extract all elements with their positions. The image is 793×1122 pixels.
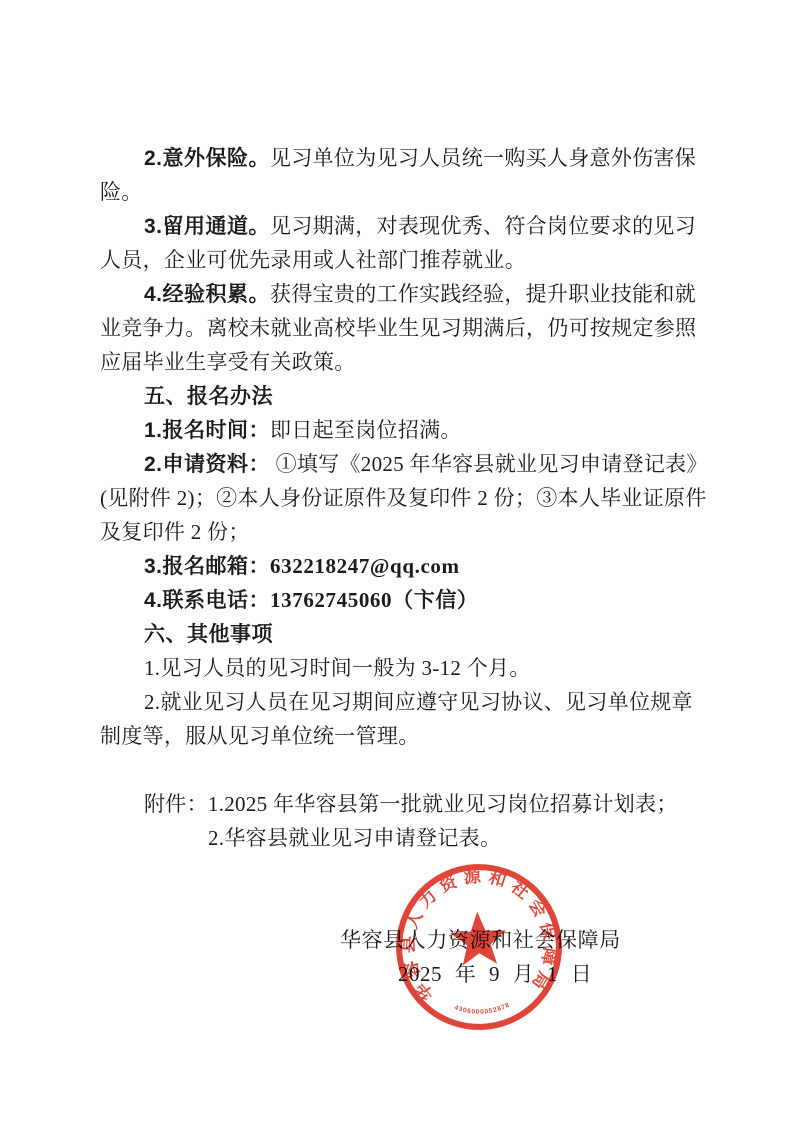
line-label: 3.报名邮箱： (144, 555, 270, 578)
line-label: 4.联系电话： (144, 589, 270, 612)
attachment-line: 附件：1.2025 年华容县第一批就业见习岗位招募计划表； (100, 787, 694, 821)
doc-line: 及复印件 2 份； (100, 515, 694, 549)
email-value: 632218247@qq.com (270, 554, 460, 578)
line-label: 1.报名时间： (144, 419, 270, 442)
line-text: 险。 (100, 180, 143, 204)
doc-line: 3.留用通道。见习期满，对表现优秀、符合岗位要求的见习 (100, 209, 694, 243)
heading-text: 五、报名办法 (144, 385, 273, 408)
doc-line: 险。 (100, 175, 694, 209)
line-text: 即日起至岗位招满。 (270, 418, 462, 442)
official-seal: 华容县人力资源和社会保障局 4306000052878 (385, 853, 572, 1040)
star-icon (449, 910, 508, 966)
line-text: 应届毕业生享受有关政策。 (100, 350, 356, 374)
doc-line: 2.就业见习人员在见习期间应遵守见习协议、见习单位规章 (100, 685, 694, 719)
line-label: 2.申请资料： (144, 453, 270, 476)
doc-line: (见附件 2)；②本人身份证原件及复印件 2 份；③本人毕业证原件 (100, 481, 694, 515)
line-text: 业竞争力。离校未就业高校毕业生见习期满后，仍可按规定参照 (100, 316, 696, 340)
line-label: 3.留用通道。 (144, 215, 270, 238)
line-text: 获得宝贵的工作实践经验，提升职业技能和就 (270, 282, 696, 306)
doc-line: 业竞争力。离校未就业高校毕业生见习期满后，仍可按规定参照 (100, 311, 694, 345)
line-text: 见习期满，对表现优秀、符合岗位要求的见习 (270, 214, 696, 238)
line-text: ①填写《2025 年华容县就业见习申请登记表》 (270, 452, 708, 476)
doc-line: 应届毕业生享受有关政策。 (100, 345, 694, 379)
doc-line: 4.经验积累。获得宝贵的工作实践经验，提升职业技能和就 (100, 277, 694, 311)
attachment-line: 2.华容县就业见习申请登记表。 (100, 821, 694, 855)
line-label: 2.意外保险。 (144, 147, 270, 170)
line-text: 附件：1.2025 年华容县第一批就业见习岗位招募计划表； (144, 792, 678, 816)
doc-line-email: 3.报名邮箱：632218247@qq.com (100, 549, 694, 583)
line-text: (见附件 2)；②本人身份证原件及复印件 2 份；③本人毕业证原件 (100, 486, 707, 510)
section-heading: 五、报名办法 (100, 379, 694, 413)
seal-code-textpath: 4306000052878 (453, 1001, 512, 1017)
line-text: 2.就业见习人员在见习期间应遵守见习协议、见习单位规章 (144, 690, 693, 714)
heading-text: 六、其他事项 (144, 623, 273, 646)
line-text: 及复印件 2 份； (100, 520, 250, 544)
doc-line: 1.见习人员的见习时间一般为 3-12 个月。 (100, 651, 694, 685)
doc-line-phone: 4.联系电话：13762745060（卞信） (100, 583, 694, 617)
doc-line: 1.报名时间：即日起至岗位招满。 (100, 413, 694, 447)
line-text: 2.华容县就业见习申请登记表。 (208, 826, 501, 850)
line-text: 人员，企业可优先录用或人社部门推荐就业。 (100, 248, 526, 272)
phone-value: 13762745060（卞信） (270, 588, 479, 612)
spacer (100, 753, 694, 787)
doc-line: 制度等，服从见习单位统一管理。 (100, 719, 694, 753)
line-text: 制度等，服从见习单位统一管理。 (100, 724, 420, 748)
line-text: 1.见习人员的见习时间一般为 3-12 个月。 (144, 656, 531, 680)
line-label: 4.经验积累。 (144, 283, 270, 306)
document-page: 2.意外保险。见习单位为见习人员统一购买人身意外伤害保 险。 3.留用通道。见习… (0, 0, 793, 1122)
seal-code-text: 4306000052878 (453, 1001, 512, 1017)
doc-line: 2.意外保险。见习单位为见习人员统一购买人身意外伤害保 (100, 141, 694, 175)
line-text: 见习单位为见习人员统一购买人身意外伤害保 (270, 146, 696, 170)
section-heading: 六、其他事项 (100, 617, 694, 651)
doc-line: 2.申请资料： ①填写《2025 年华容县就业见习申请登记表》 (100, 447, 694, 481)
doc-line: 人员，企业可优先录用或人社部门推荐就业。 (100, 243, 694, 277)
